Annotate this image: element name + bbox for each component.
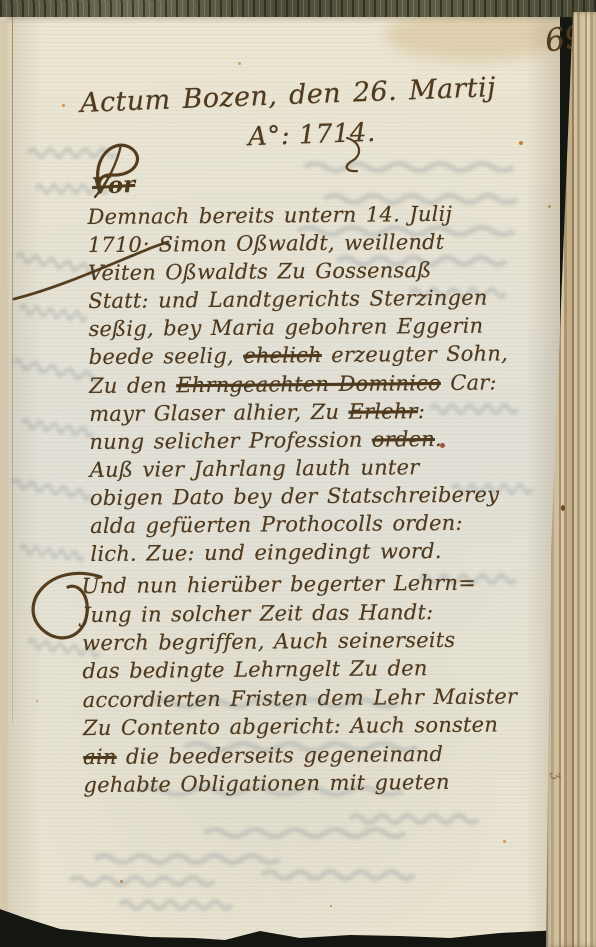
manuscript-line: beede seelig, ehelich erzeugter Sohn, [89, 339, 559, 371]
struck-word: Vor [91, 171, 136, 200]
paragraph-2: Und nun hierüber begerter Lehrn=Jung in … [82, 568, 563, 799]
manuscript-line: 1710: Simon Oßwaldt, weillendt [88, 227, 558, 259]
manuscript-photo: 69 Actum Bozen, den 26. Martij A°: 1714.… [0, 0, 596, 947]
manuscript-line: Statt: und Landtgerichts Sterzingen [88, 283, 558, 315]
book-binding-top [0, 0, 596, 17]
paper-speck [503, 840, 506, 843]
manuscript-line: accordierten Fristen dem Lehr Maister [83, 682, 562, 715]
paper-speck [330, 905, 332, 907]
manuscript-line: nung selicher Profession orden. [89, 424, 559, 456]
paragraph-1: Demnach bereits untern 14. Julij1710: Si… [87, 199, 560, 568]
manuscript-line: werch begriffen, Auch seinerseits [82, 625, 561, 658]
heading-year: A°: 1714. [248, 118, 377, 152]
paper-speck [120, 880, 123, 883]
manuscript-line: Auß vier Jahrlang lauth unter [90, 452, 560, 484]
manuscript-line: Demnach bereits untern 14. Julij [87, 199, 557, 231]
manuscript-line: Zu Contento abgericht: Auch sonsten [83, 710, 562, 743]
struck-word-text: Vor [91, 171, 136, 200]
manuscript-line: lich. Zue: und eingedingt word. [90, 536, 560, 568]
gutter-page-edge [0, 17, 9, 947]
paper-speck [36, 700, 38, 702]
paper-speck [62, 104, 65, 107]
manuscript-line: mayr Glaser alhier, Zu Erlehr: [89, 396, 559, 428]
fore-edge-spot [561, 505, 565, 511]
manuscript-line: alda gefüerten Prothocolls orden: [90, 508, 560, 540]
manuscript-line: gehabte Obligationen mit gueten [83, 767, 562, 800]
paper-speck [519, 141, 523, 145]
manuscript-line: Veiten Oßwaldts Zu Gossensaß [88, 255, 558, 287]
paper-speck [238, 62, 241, 65]
manuscript-line: seßig, bey Maria gebohren Eggerin [88, 311, 558, 343]
manuscript-line: Jung in solcher Zeit das Handt: [82, 597, 561, 630]
manuscript-line: ain die beederseits gegeneinand [83, 739, 562, 772]
manuscript-line: Und nun hierüber begerter Lehrn= [82, 568, 561, 601]
manuscript-line: Zu den Ehrngeachten Dominico Car: [89, 368, 559, 400]
gutter-fold-line [12, 17, 13, 722]
manuscript-line: das bedingte Lehrngelt Zu den [82, 653, 561, 686]
body-text: Demnach bereits untern 14. Julij1710: Si… [87, 199, 562, 800]
manuscript-line: obigen Dato bey der Statschreiberey [90, 480, 560, 512]
